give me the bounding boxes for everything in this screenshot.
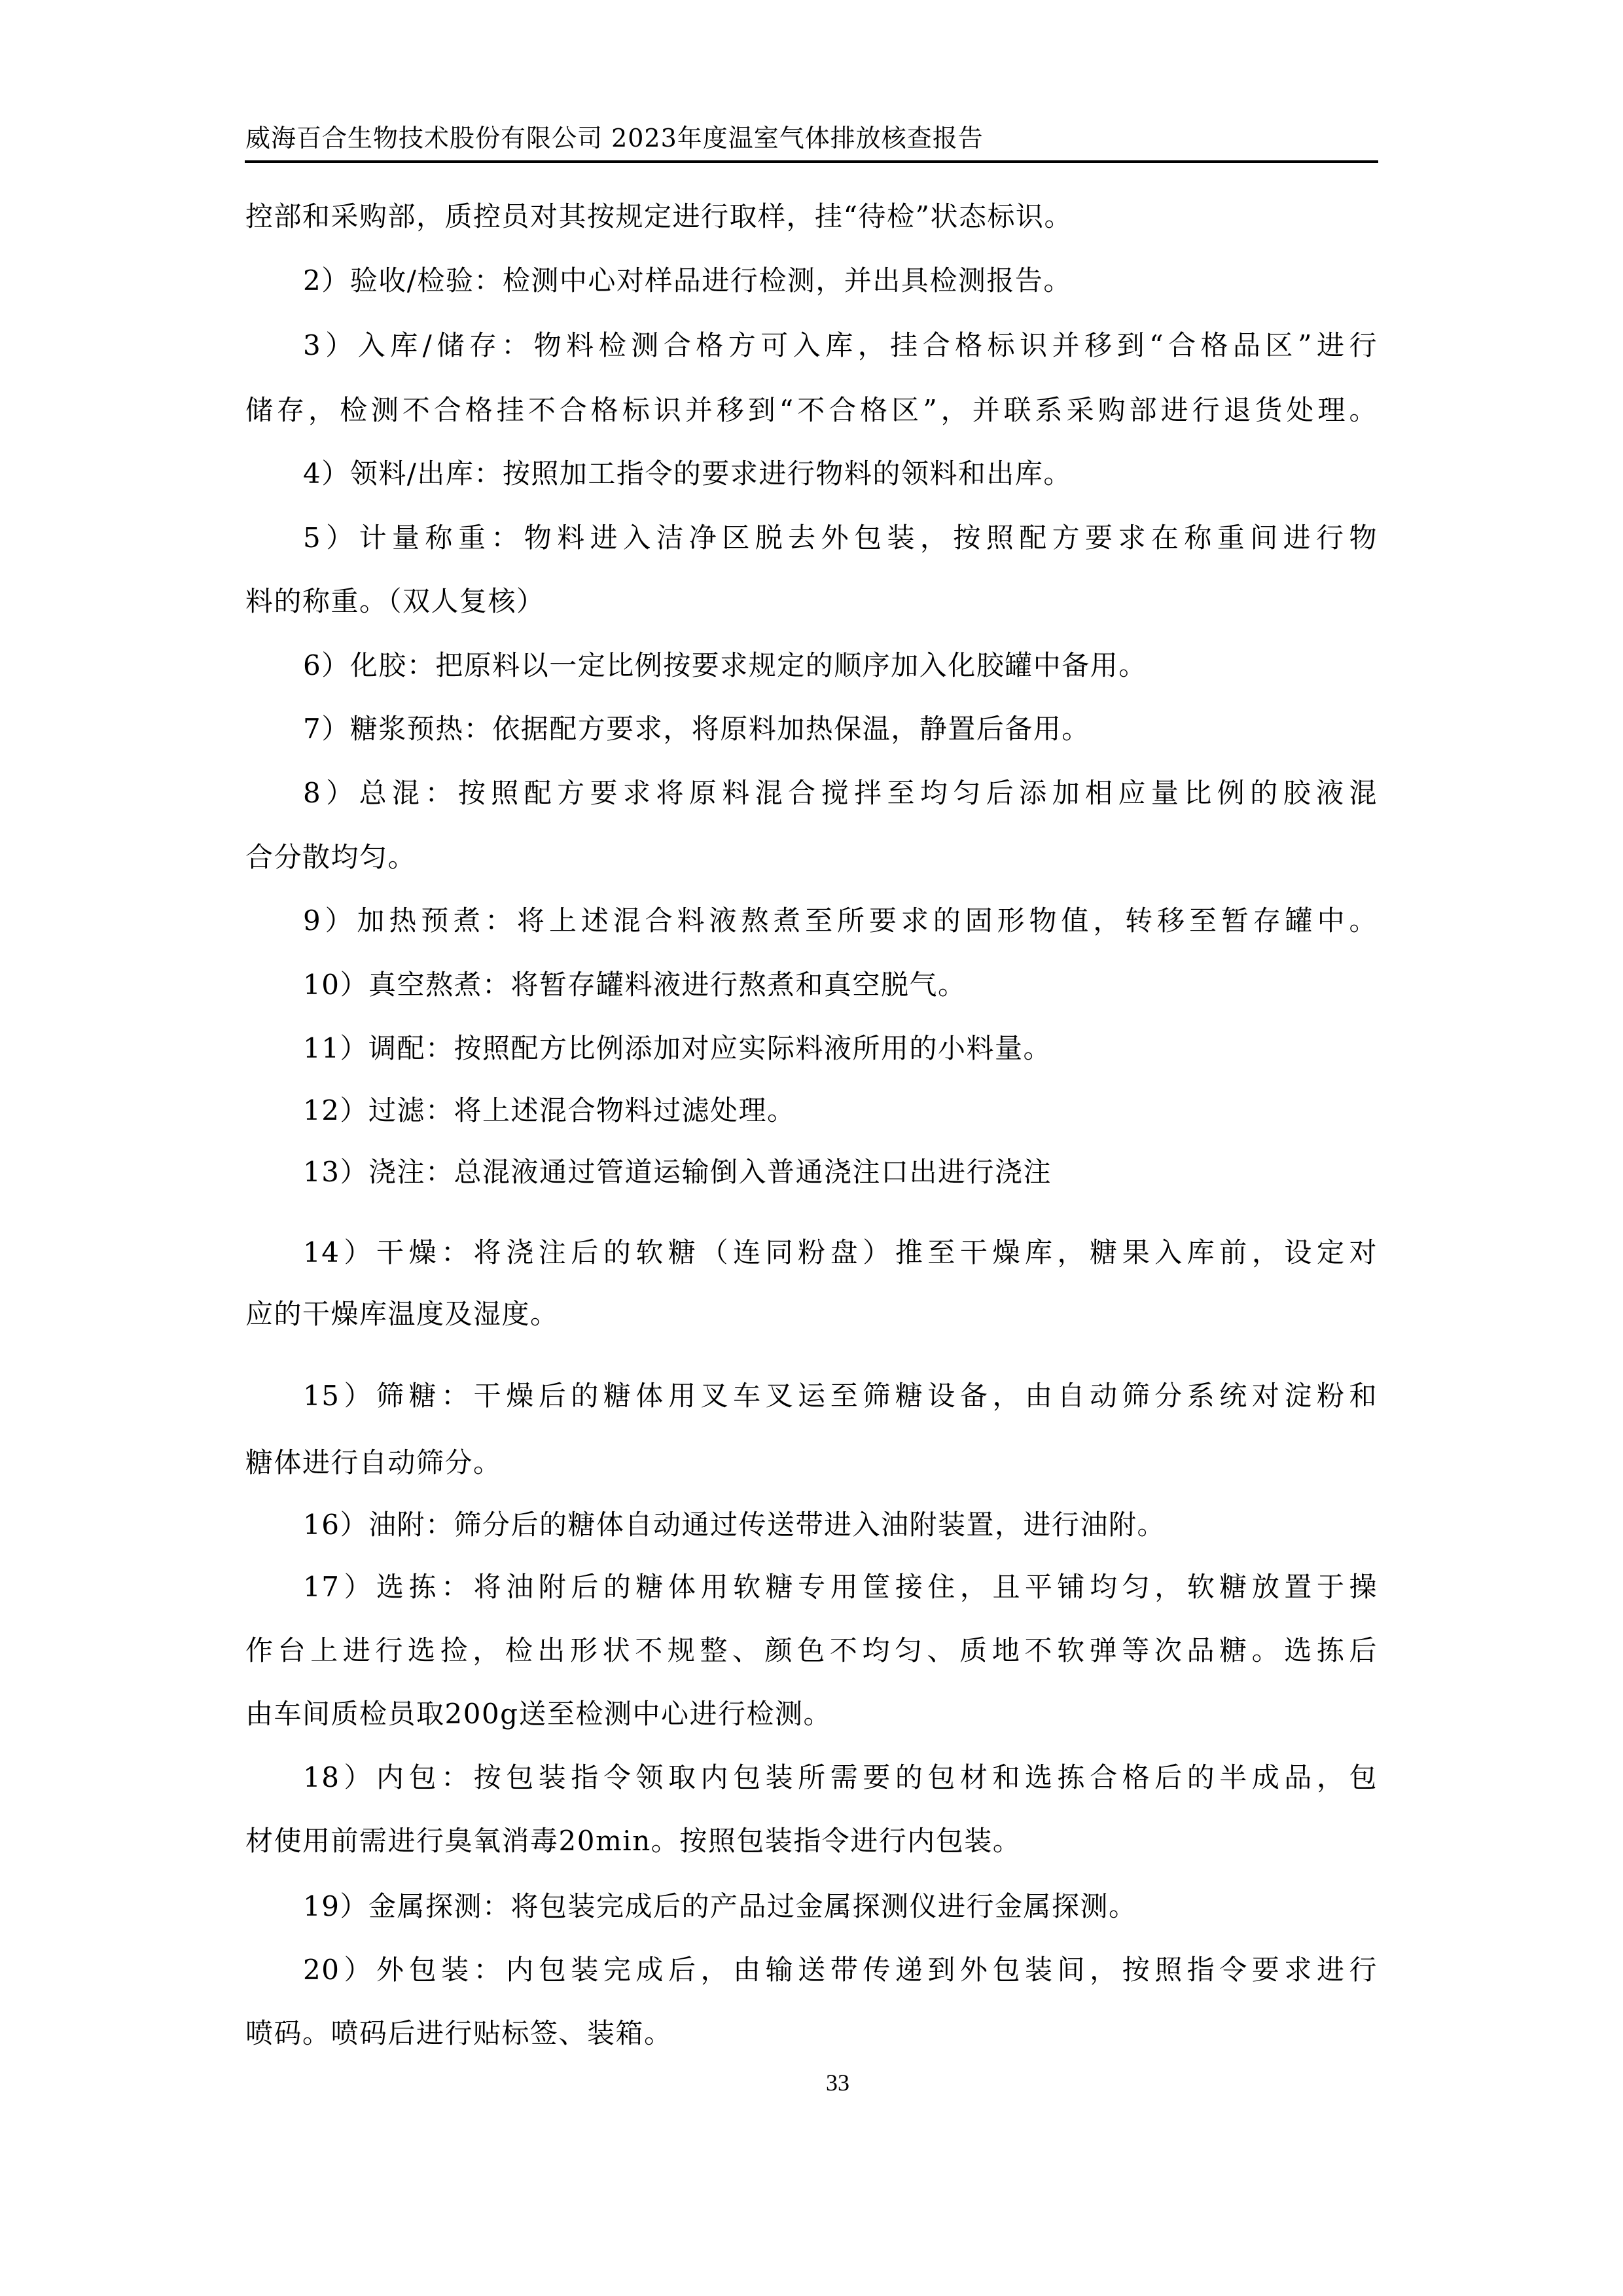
paragraph-first-line: 12）过滤：将上述混合物料过滤处理。	[303, 1092, 1378, 1129]
paragraph-line: 作台上进行选捡，检出形状不规整、颜色不均匀、质地不软弹等次品糖。选拣后	[245, 1632, 1378, 1669]
header-divider	[245, 160, 1378, 163]
paragraph-line: 应的干燥库温度及湿度。	[245, 1296, 1378, 1333]
paragraph-line: 料的称重。（双人复核）	[245, 583, 1378, 620]
paragraph-line: 储存，检测不合格挂不合格标识并移到“不合格区”，并联系采购部进行退货处理。	[245, 392, 1378, 429]
paragraph-line: 合分散均匀。	[245, 839, 1378, 876]
paragraph-first-line: 13）浇注：总混液通过管道运输倒入普通浇注口出进行浇注	[303, 1154, 1378, 1191]
paragraph-first-line: 7）糖浆预热：依据配方要求，将原料加热保温，静置后备用。	[303, 711, 1378, 747]
paragraph-first-line: 16）油附：筛分后的糖体自动通过传送带进入油附装置，进行油附。	[303, 1507, 1378, 1543]
paragraph-line: 材使用前需进行臭氧消毒20min。按照包装指令进行内包装。	[245, 1823, 1378, 1859]
paragraph-first-line: 6）化胶：把原料以一定比例按要求规定的顺序加入化胶罐中备用。	[303, 647, 1378, 684]
paragraph-first-line: 18）内包：按包装指令领取内包装所需要的包材和选拣合格后的半成品，包	[303, 1759, 1378, 1796]
paragraph-first-line: 10）真空熬煮：将暂存罐料液进行熬煮和真空脱气。	[303, 967, 1378, 1003]
paragraph-first-line: 5）计量称重：物料进入洁净区脱去外包装，按照配方要求在称重间进行物	[303, 520, 1378, 556]
paragraph-line: 控部和采购部，质控员对其按规定进行取样，挂“待检”状态标识。	[245, 198, 1378, 235]
paragraph-first-line: 3）入库/储存：物料检测合格方可入库，挂合格标识并移到“合格品区”进行	[303, 327, 1378, 364]
paragraph-first-line: 8）总混：按照配方要求将原料混合搅拌至均匀后添加相应量比例的胶液混	[303, 775, 1378, 812]
paragraph-first-line: 4）领料/出库：按照加工指令的要求进行物料的领料和出库。	[303, 456, 1378, 492]
document-page: 威海百合生物技术股份有限公司 2023年度温室气体排放核查报告 控部和采购部，质…	[0, 0, 1623, 2296]
paragraph-line: 糖体进行自动筛分。	[245, 1444, 1378, 1481]
paragraph-first-line: 2）验收/检验：检测中心对样品进行检测，并出具检测报告。	[303, 262, 1378, 299]
page-number: 33	[811, 2068, 864, 2097]
paragraph-line: 喷码。喷码后进行贴标签、装箱。	[245, 2015, 1378, 2052]
paragraph-first-line: 14）干燥：将浇注后的软糖（连同粉盘）推至干燥库，糖果入库前，设定对	[303, 1234, 1378, 1271]
paragraph-first-line: 17）选拣：将油附后的糖体用软糖专用筐接住，且平铺均匀，软糖放置于操	[303, 1569, 1378, 1605]
paragraph-line: 由车间质检员取200g送至检测中心进行检测。	[245, 1696, 1378, 1732]
paragraph-first-line: 19）金属探测：将包装完成后的产品过金属探测仪进行金属探测。	[303, 1888, 1378, 1925]
running-header-title: 威海百合生物技术股份有限公司 2023年度温室气体排放核查报告	[245, 122, 984, 154]
paragraph-first-line: 20）外包装：内包装完成后，由输送带传递到外包装间，按照指令要求进行	[303, 1952, 1378, 1988]
paragraph-first-line: 11）调配：按照配方比例添加对应实际料液所用的小料量。	[303, 1030, 1378, 1067]
paragraph-first-line: 9）加热预煮：将上述混合料液熬煮至所要求的固形物值，转移至暂存罐中。	[303, 903, 1378, 939]
paragraph-first-line: 15）筛糖：干燥后的糖体用叉车叉运至筛糖设备，由自动筛分系统对淀粉和	[303, 1378, 1378, 1414]
